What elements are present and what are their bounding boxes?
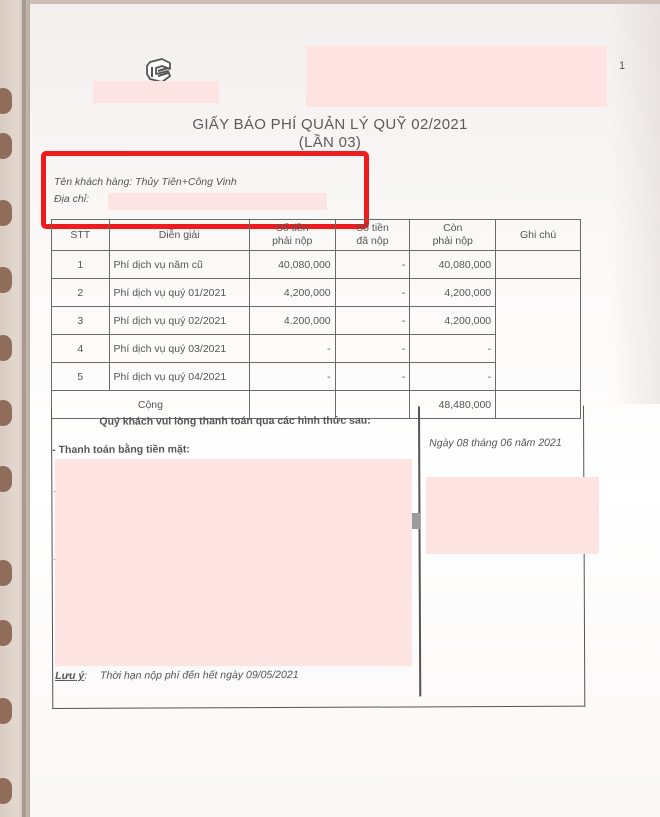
header-amount-due: Số tiềnphải nộp xyxy=(249,220,335,251)
paper-shadow xyxy=(610,4,660,404)
highlight-box xyxy=(41,151,369,229)
cash-payment-label: - Thanh toán bằng tiền mặt: xyxy=(52,443,190,456)
cell-stt: 5 xyxy=(52,363,110,391)
note-label: Lưu ý xyxy=(55,670,84,682)
header-remaining: Cònphải nộp xyxy=(410,220,496,251)
binder-hole xyxy=(0,466,12,492)
binder-hole xyxy=(0,778,12,804)
header-stt: STT xyxy=(52,220,110,251)
payment-deadline-note: Lưu ý: Thời hạn nộp phí đến hết ngày 09/… xyxy=(55,669,298,682)
cell-amount-due: 40,080,000 xyxy=(249,251,335,279)
cell-amount-paid: - xyxy=(335,251,410,279)
cell-remaining: 4,200,000 xyxy=(410,307,496,335)
header-note: Ghi chú xyxy=(496,220,581,251)
issue-date: Ngày 08 tháng 06 năm 2021 xyxy=(429,437,562,450)
cell-stt: 1 xyxy=(52,251,110,279)
binder-hole xyxy=(0,620,12,646)
cell-amount-due: 4,200,000 xyxy=(249,279,335,307)
cell-note xyxy=(496,251,581,279)
cell-description: Phí dịch vụ quý 01/2021 xyxy=(109,279,249,307)
payment-intro: Quý khách vui lòng thanh toán qua các hì… xyxy=(52,414,418,428)
fee-table: STT Diễn giải Số tiềnphải nộp Số tiềnđã … xyxy=(51,219,581,419)
binder-hole xyxy=(0,400,12,426)
cell-description: Phí dịch vụ năm cũ xyxy=(109,251,249,279)
table-row: 1 Phí dịch vụ năm cũ 40,080,000 - 40,080… xyxy=(52,251,581,279)
redacted-company-name xyxy=(93,81,219,103)
cell-amount-due: - xyxy=(249,335,335,363)
cell-remaining: - xyxy=(410,335,496,363)
document-subtitle: (LẦN 03) xyxy=(0,134,660,151)
cell-remaining: 40,080,000 xyxy=(410,251,496,279)
note-text: Thời hạn nộp phí đến hết ngày 09/05/2021 xyxy=(100,669,298,682)
cell-amount-due: 4.200,000 xyxy=(249,307,335,335)
cell-note-merged xyxy=(496,279,581,391)
binder-hole xyxy=(0,88,12,114)
cell-amount-due: - xyxy=(249,363,335,391)
cell-amount-paid: - xyxy=(335,307,410,335)
page-number: 1 xyxy=(619,60,625,72)
redacted-company-address xyxy=(306,46,607,107)
binder-hole xyxy=(0,335,12,361)
table-row: 2 Phí dịch vụ quý 01/2021 4,200,000 - 4,… xyxy=(52,279,581,307)
cell-remaining: 4,200,000 xyxy=(410,279,496,307)
binder-hole xyxy=(0,698,12,724)
cell-amount-paid: - xyxy=(335,279,410,307)
header-description: Diễn giải xyxy=(109,220,249,251)
cell-amount-paid: - xyxy=(335,335,410,363)
binder-hole xyxy=(0,200,12,226)
cell-stt: 3 xyxy=(52,307,110,335)
table-header-row: STT Diễn giải Số tiềnphải nộp Số tiềnđã … xyxy=(52,220,581,251)
cell-description: Phí dịch vụ quý 02/2021 xyxy=(109,307,249,335)
redacted-signature xyxy=(426,477,599,554)
section-divider xyxy=(418,406,421,696)
cell-amount-paid: - xyxy=(335,363,410,391)
binder-hole xyxy=(0,267,12,293)
header-amount-paid: Số tiềnđã nộp xyxy=(335,220,410,251)
cell-remaining: - xyxy=(410,363,496,391)
cell-stt: 2 xyxy=(52,279,110,307)
binder-tab-mark xyxy=(412,513,420,529)
cell-description: Phí dịch vụ quý 03/2021 xyxy=(109,335,249,363)
redacted-payment-details xyxy=(55,459,412,666)
cell-stt: 4 xyxy=(52,335,110,363)
cell-description: Phí dịch vụ quý 04/2021 xyxy=(109,363,249,391)
document-title: GIẤY BÁO PHÍ QUẢN LÝ QUỸ 02/2021 xyxy=(0,116,660,133)
binder-hole xyxy=(0,560,12,586)
